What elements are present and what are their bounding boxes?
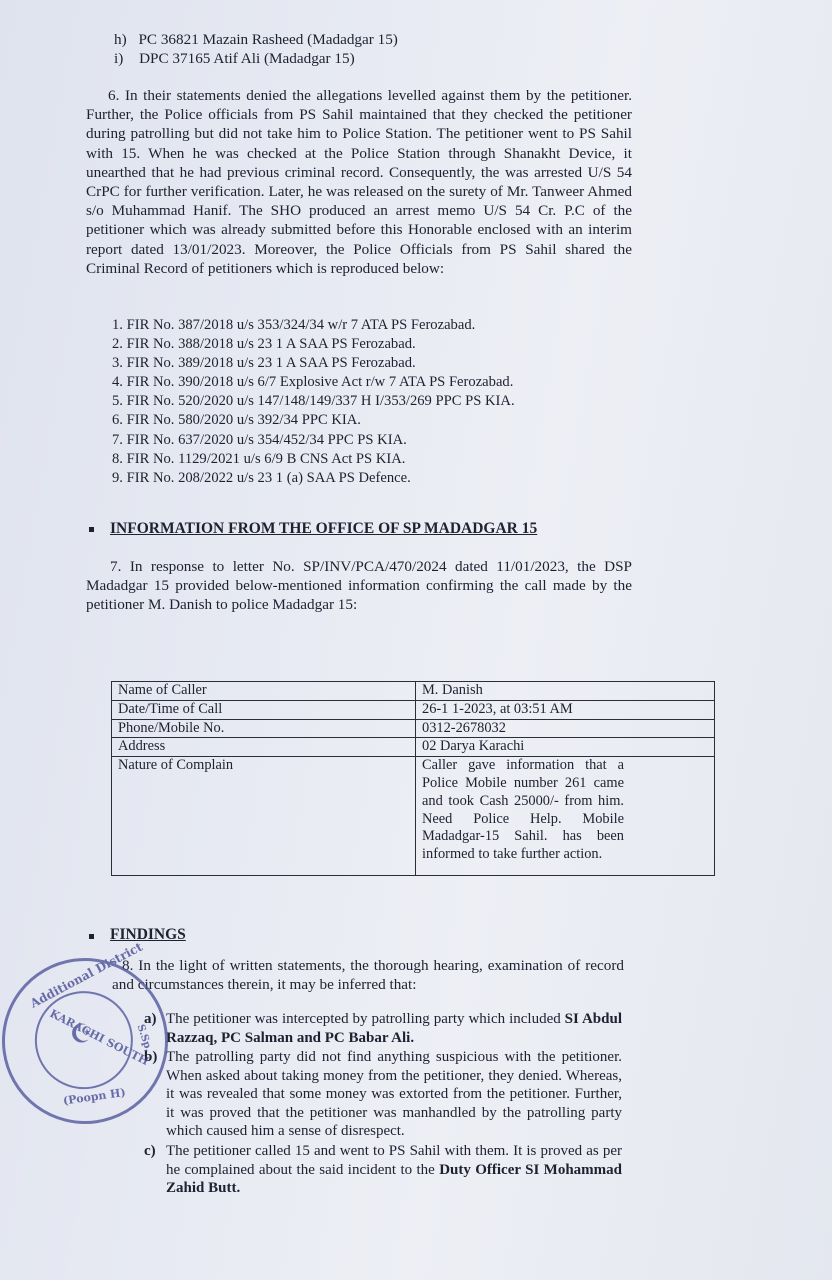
list-marker: h) bbox=[114, 31, 127, 48]
table-row: Nature of Complain Caller gave informati… bbox=[112, 757, 715, 876]
list-marker: i) bbox=[114, 50, 123, 67]
fir-item: 6. FIR No. 580/2020 u/s 392/34 PPC KIA. bbox=[112, 411, 515, 430]
table-row: Name of Caller M. Danish bbox=[112, 682, 715, 701]
fir-item: 9. FIR No. 208/2022 u/s 23 1 (a) SAA PS … bbox=[112, 469, 515, 488]
table-label: Phone/Mobile No. bbox=[112, 719, 416, 738]
table-label: Nature of Complain bbox=[112, 757, 416, 876]
table-value: M. Danish bbox=[416, 682, 715, 701]
table-value: Caller gave information that a Police Mo… bbox=[416, 757, 715, 876]
list-text: PC 36821 Mazain Rasheed (Madadgar 15) bbox=[138, 31, 397, 48]
section-heading-findings: FINDINGS bbox=[110, 926, 186, 944]
paragraph-8-text: 8. In the light of written statements, t… bbox=[112, 956, 624, 994]
bullet-icon bbox=[89, 934, 94, 939]
call-details-table: Name of Caller M. Danish Date/Time of Ca… bbox=[111, 681, 715, 876]
table-row: Address 02 Darya Karachi bbox=[112, 738, 715, 757]
stamp-bottom-text: (Poopn H) bbox=[62, 1086, 126, 1108]
finding-marker: c) bbox=[144, 1142, 156, 1161]
officer-list-item: i) DPC 37165 Atif Ali (Madadgar 15) bbox=[114, 49, 355, 68]
table-value: 02 Darya Karachi bbox=[416, 738, 715, 757]
paragraph-7-text: 7. In response to letter No. SP/INV/PCA/… bbox=[86, 557, 632, 615]
fir-item: 3. FIR No. 389/2018 u/s 23 1 A SAA PS Fe… bbox=[112, 354, 515, 373]
list-text: DPC 37165 Atif Ali (Madadgar 15) bbox=[139, 50, 355, 67]
paragraph-7: 7. In response to letter No. SP/INV/PCA/… bbox=[86, 557, 632, 615]
paragraph-6-text: 6. In their statements denied the allega… bbox=[86, 86, 632, 278]
table-row: Phone/Mobile No. 0312-2678032 bbox=[112, 719, 715, 738]
fir-item: 1. FIR No. 387/2018 u/s 353/324/34 w/r 7… bbox=[112, 316, 515, 335]
section-heading-info: INFORMATION FROM THE OFFICE OF SP MADADG… bbox=[110, 520, 537, 538]
fir-item: 2. FIR No. 388/2018 u/s 23 1 A SAA PS Fe… bbox=[112, 335, 515, 354]
finding-c: c) The petitioner called 15 and went to … bbox=[166, 1142, 622, 1198]
document-page: h) PC 36821 Mazain Rasheed (Madadgar 15)… bbox=[0, 0, 832, 1280]
table-value: 0312-2678032 bbox=[416, 719, 715, 738]
table-label: Date/Time of Call bbox=[112, 700, 416, 719]
paragraph-8: 8. In the light of written statements, t… bbox=[112, 956, 624, 994]
fir-list: 1. FIR No. 387/2018 u/s 353/324/34 w/r 7… bbox=[112, 316, 515, 488]
finding-b: b) The patrolling party did not find any… bbox=[166, 1048, 622, 1141]
fir-item: 5. FIR No. 520/2020 u/s 147/148/149/337 … bbox=[112, 392, 515, 411]
fir-item: 4. FIR No. 390/2018 u/s 6/7 Explosive Ac… bbox=[112, 373, 515, 392]
crescent-star-icon: ☪ bbox=[68, 1018, 95, 1051]
table-value: 26-1 1-2023, at 03:51 AM bbox=[416, 700, 715, 719]
fir-item: 8. FIR No. 1129/2021 u/s 6/9 B CNS Act P… bbox=[112, 450, 515, 469]
finding-text: The patrolling party did not find anythi… bbox=[166, 1049, 622, 1139]
officer-list-item: h) PC 36821 Mazain Rasheed (Madadgar 15) bbox=[114, 30, 398, 49]
paragraph-6: 6. In their statements denied the allega… bbox=[86, 86, 632, 278]
fir-item: 7. FIR No. 637/2020 u/s 354/452/34 PPC P… bbox=[112, 431, 515, 450]
table-label: Name of Caller bbox=[112, 682, 416, 701]
table-row: Date/Time of Call 26-1 1-2023, at 03:51 … bbox=[112, 700, 715, 719]
table-label: Address bbox=[112, 738, 416, 757]
finding-text: The petitioner was intercepted by patrol… bbox=[166, 1011, 565, 1027]
finding-a: a) The petitioner was intercepted by pat… bbox=[166, 1010, 622, 1047]
bullet-icon bbox=[89, 527, 94, 532]
